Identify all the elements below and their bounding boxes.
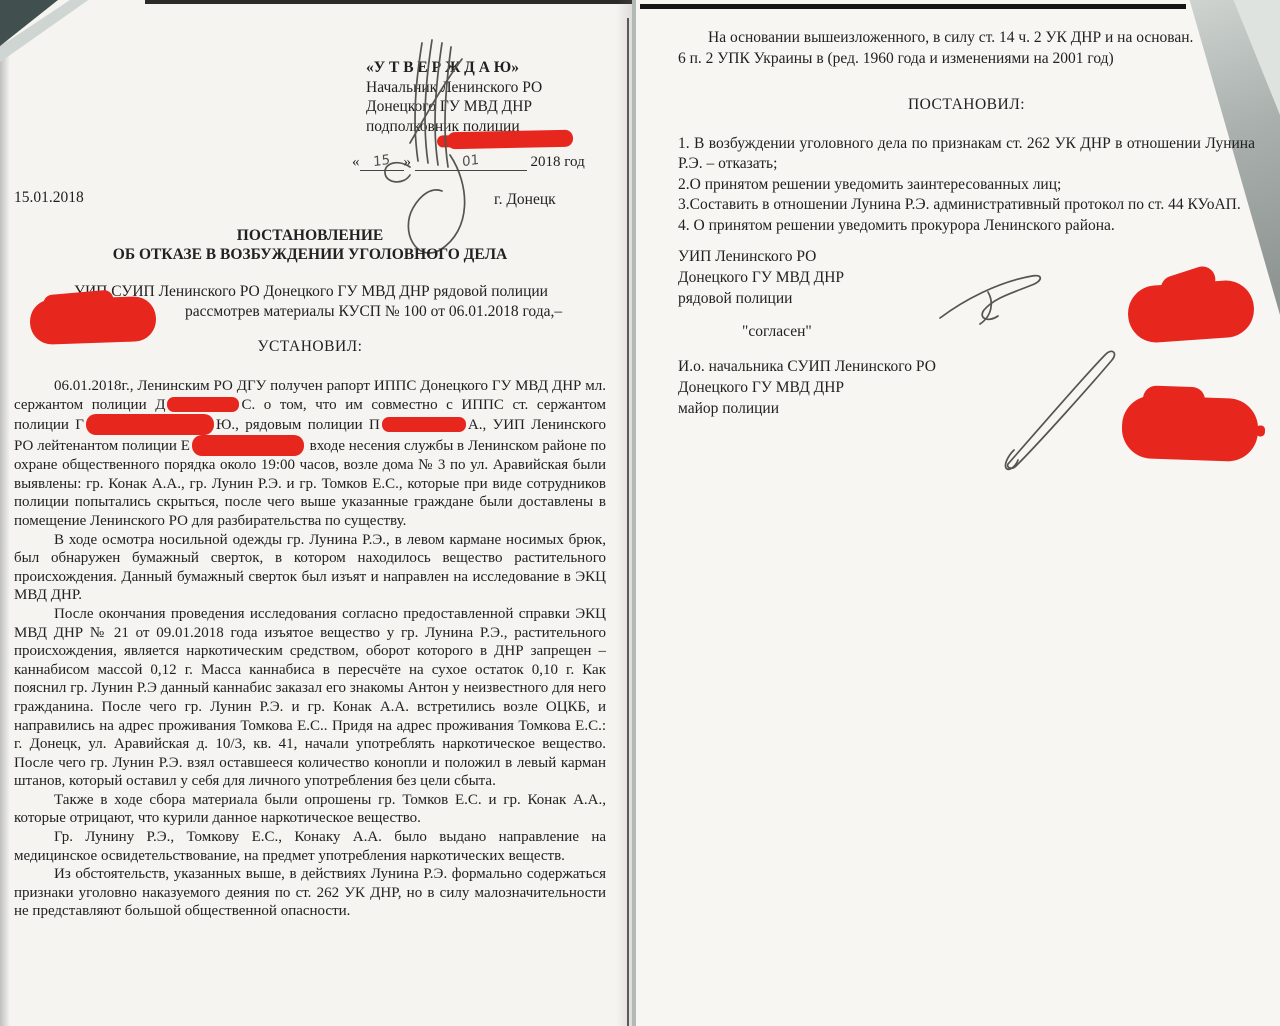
scan-corner-artifact xyxy=(0,0,58,46)
paragraph-report: 06.01.2018г., Ленинским РО ДГУ получен р… xyxy=(14,377,606,531)
redaction-mark-signature-1 xyxy=(1126,279,1256,345)
page-gutter-line xyxy=(627,18,629,1026)
redaction-mark-inline xyxy=(192,435,304,456)
title-line-2: ОБ ОТКАЗЕ В ВОЗБУЖДЕНИИ УГОЛОВНОГО ДЕЛА xyxy=(14,245,606,264)
resolution-item-4: 4. О принятом решении уведомить прокурор… xyxy=(678,216,1255,237)
redaction-mark-signature-2 xyxy=(1121,395,1259,463)
paragraph-medical: Гр. Лунину Р.Э., Томкову Е.С., Конаку А.… xyxy=(14,828,606,865)
handwritten-day: 15 xyxy=(373,152,391,170)
scan-edge-top xyxy=(145,0,632,4)
handwritten-month: 01 xyxy=(462,152,480,170)
redaction-mark-inline xyxy=(86,414,214,435)
city-label: г. Донецк xyxy=(494,191,556,209)
paragraph-search: В ходе осмотра носильной одежды гр. Луни… xyxy=(14,531,606,605)
scanned-document: «У Т В Е Р Ж Д А Ю» Начальник Ленинского… xyxy=(0,0,1280,1026)
signatory-line-1: УИП Ленинского РО xyxy=(678,246,1255,267)
paragraph-expertise: После окончания проведения исследования … xyxy=(14,605,606,791)
section-heading-postanovil: ПОСТАНОВИЛ: xyxy=(678,95,1255,116)
basis-line-2: 6 п. 2 УПК Украины в (ред. 1960 года и и… xyxy=(678,49,1255,70)
day-underline: 15 xyxy=(360,153,404,171)
signature-scribble-approver xyxy=(998,346,1124,472)
title-line-1: ПОСТАНОВЛЕНИЕ xyxy=(14,226,606,245)
page-gutter-shadow xyxy=(616,0,632,1026)
intro-line-2: рассмотрев материалы КУСП № 100 от 06.01… xyxy=(185,302,606,322)
redaction-mark-inline xyxy=(382,417,466,432)
date-year-label: 2018 год xyxy=(531,154,585,170)
quote-close: » xyxy=(404,154,412,170)
paragraph-witnesses: Также в ходе сбора материала были опроше… xyxy=(14,791,606,828)
paragraph-text: Ю., рядовым полиции П xyxy=(216,417,380,433)
scan-edge-left xyxy=(0,0,10,1026)
month-underline: 01 xyxy=(415,153,527,171)
document-body: 06.01.2018г., Ленинским РО ДГУ получен р… xyxy=(14,377,606,921)
redaction-mark-inline xyxy=(167,397,239,412)
basis-line-1: На основании вышеизложенного, в силу ст.… xyxy=(678,28,1255,49)
approval-date-line: «15» 01 2018 год xyxy=(352,153,585,171)
document-title: ПОСТАНОВЛЕНИЕ ОБ ОТКАЗЕ В ВОЗБУЖДЕНИИ УГ… xyxy=(14,226,606,264)
resolution-content: На основании вышеизложенного, в силу ст.… xyxy=(678,28,1255,419)
resolution-item-3: 3.Составить в отношении Лунина Р.Э. адми… xyxy=(678,195,1255,216)
section-heading-ustanovil: УСТАНОВИЛ: xyxy=(14,338,606,356)
signature-scribble-officer xyxy=(936,266,1048,332)
paragraph-conclusion: Из обстоятельств, указанных выше, в дейс… xyxy=(14,865,606,921)
document-date: 15.01.2018 xyxy=(14,189,84,207)
resolution-item-1: 1. В возбуждении уголовного дела по приз… xyxy=(678,134,1255,175)
resolution-item-2: 2.О принятом решении уведомить заинтерес… xyxy=(678,175,1255,196)
document-page-left: «У Т В Е Р Ж Д А Ю» Начальник Ленинского… xyxy=(0,0,632,1026)
scan-edge-top-right xyxy=(640,4,1186,9)
signatory-line-1: И.о. начальника СУИП Ленинского РО xyxy=(678,356,1255,377)
resolution-items: 1. В возбуждении уголовного дела по приз… xyxy=(678,134,1255,237)
quote-open: « xyxy=(352,154,360,170)
document-page-right: На основании вышеизложенного, в силу ст.… xyxy=(636,0,1280,1026)
